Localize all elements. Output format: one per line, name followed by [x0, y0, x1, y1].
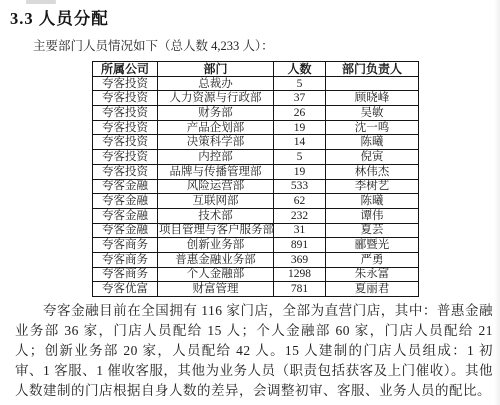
table-cell: 781 — [274, 282, 326, 297]
table-cell: 夸客金融 — [93, 208, 158, 223]
table-cell: 夸客商务 — [93, 252, 158, 267]
table-cell: 技术部 — [158, 208, 274, 223]
table-cell: 369 — [274, 252, 326, 267]
table-cell: 533 — [274, 179, 326, 194]
table-cell: 5 — [274, 150, 326, 165]
table-cell: 创新业务部 — [158, 238, 274, 253]
table-cell: 陈曦 — [326, 135, 419, 150]
table-cell: 夸客商务 — [93, 267, 158, 282]
table-row: 夸客商务个人金融部1298朱永富 — [93, 267, 419, 282]
table-cell: 谭伟 — [326, 208, 419, 223]
table-cell: 夸客优富 — [93, 282, 158, 297]
table-cell: 财富管理 — [158, 282, 274, 297]
table-cell: 夸客投资 — [93, 91, 158, 106]
table-row: 夸客投资财务部26吴敏 — [93, 106, 419, 121]
table-cell: 项目管理与客户服务部 — [158, 223, 274, 238]
table-row: 夸客金融风险运营部533李树艺 — [93, 179, 419, 194]
table-row: 夸客投资品牌与传播管理部19林伟杰 — [93, 164, 419, 179]
table-cell: 个人金融部 — [158, 267, 274, 282]
personnel-table: 所属公司 部门 人数 部门负责人 夸客投资总裁办5夸客投资人力资源与行政部37顾… — [92, 61, 419, 297]
header-manager: 部门负责人 — [326, 62, 419, 77]
table-cell: 14 — [274, 135, 326, 150]
table-cell: 夸客金融 — [93, 223, 158, 238]
table-cell: 891 — [274, 238, 326, 253]
table-cell: 财务部 — [158, 106, 274, 121]
table-row: 夸客金融项目管理与客户服务部31夏芸 — [93, 223, 419, 238]
table-cell: 人力资源与行政部 — [158, 91, 274, 106]
table-cell: 总裁办 — [158, 76, 274, 91]
header-company: 所属公司 — [93, 62, 158, 77]
table-cell: 决策科学部 — [158, 135, 274, 150]
table-row: 夸客商务创新业务部891郦暨光 — [93, 238, 419, 253]
document-page: 3.3 人员分配 主要部门人员情况如下（总人数 4,233 人）： 所属公司 部… — [0, 0, 500, 405]
table-cell: 吴敏 — [326, 106, 419, 121]
table-cell: 夸客投资 — [93, 135, 158, 150]
table-cell — [326, 76, 419, 91]
table-row: 夸客投资决策科学部14陈曦 — [93, 135, 419, 150]
table-cell: 62 — [274, 194, 326, 209]
body-paragraph: 夸客金融目前在全国拥有 116 家门店，全部为直营门店，其中：普惠金融业务部 3… — [15, 301, 493, 401]
table-cell: 互联网部 — [158, 194, 274, 209]
table-cell: 倪寅 — [326, 150, 419, 165]
table-cell: 朱永富 — [326, 267, 419, 282]
table-row: 夸客商务普惠金融业务部369严勇 — [93, 252, 419, 267]
table-cell: 5 — [274, 76, 326, 91]
scan-artifact — [26, 0, 56, 4]
table-row: 夸客投资总裁办5 — [93, 76, 419, 91]
table-cell: 李树艺 — [326, 179, 419, 194]
table-cell: 风险运营部 — [158, 179, 274, 194]
intro-text: 主要部门人员情况如下（总人数 4,233 人）： — [33, 36, 274, 54]
table-cell: 产品企划部 — [158, 120, 274, 135]
table-body: 夸客投资总裁办5夸客投资人力资源与行政部37顾晓峰夸客投资财务部26吴敏夸客投资… — [93, 76, 419, 296]
table-cell: 19 — [274, 164, 326, 179]
table-cell: 普惠金融业务部 — [158, 252, 274, 267]
table-cell: 顾晓峰 — [326, 91, 419, 106]
table-cell: 陈曦 — [326, 194, 419, 209]
table-header-row: 所属公司 部门 人数 部门负责人 — [93, 62, 419, 77]
table-row: 夸客投资内控部5倪寅 — [93, 150, 419, 165]
table-row: 夸客投资人力资源与行政部37顾晓峰 — [93, 91, 419, 106]
table-cell: 232 — [274, 208, 326, 223]
table-cell: 夸客投资 — [93, 164, 158, 179]
table-cell: 夏丽君 — [326, 282, 419, 297]
table-cell: 夸客投资 — [93, 106, 158, 121]
table-cell: 夸客商务 — [93, 238, 158, 253]
table-cell: 夸客投资 — [93, 120, 158, 135]
table-cell: 夸客投资 — [93, 76, 158, 91]
table-cell: 19 — [274, 120, 326, 135]
table-cell: 夏芸 — [326, 223, 419, 238]
table-row: 夸客投资产品企划部19沈一鸣 — [93, 120, 419, 135]
table-cell: 26 — [274, 106, 326, 121]
table-cell: 内控部 — [158, 150, 274, 165]
table-cell: 品牌与传播管理部 — [158, 164, 274, 179]
table-cell: 37 — [274, 91, 326, 106]
table-cell: 郦暨光 — [326, 238, 419, 253]
table-cell: 沈一鸣 — [326, 120, 419, 135]
table-cell: 夸客投资 — [93, 150, 158, 165]
table-row: 夸客金融技术部232谭伟 — [93, 208, 419, 223]
section-title: 3.3 人员分配 — [10, 5, 109, 29]
table-cell: 林伟杰 — [326, 164, 419, 179]
table-row: 夸客金融互联网部62陈曦 — [93, 194, 419, 209]
table-cell: 夸客金融 — [93, 194, 158, 209]
header-department: 部门 — [158, 62, 274, 77]
header-headcount: 人数 — [274, 62, 326, 77]
page-edge-shade — [494, 0, 500, 405]
table-cell: 夸客金融 — [93, 179, 158, 194]
table-cell: 1298 — [274, 267, 326, 282]
table-cell: 严勇 — [326, 252, 419, 267]
table-cell: 31 — [274, 223, 326, 238]
table-row: 夸客优富财富管理781夏丽君 — [93, 282, 419, 297]
